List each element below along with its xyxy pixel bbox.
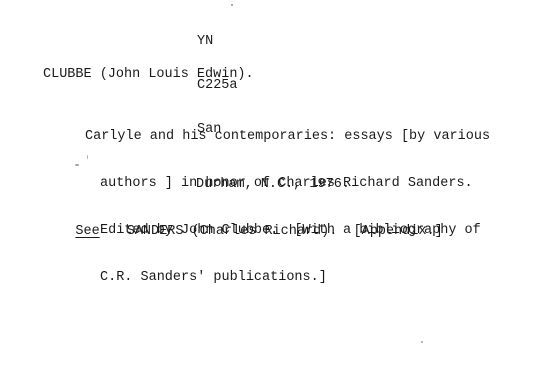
see-reference-line: SeeSANDERS (Charles Richard). [Appendix.…: [43, 209, 443, 254]
call-number-line: YN: [197, 35, 238, 50]
title-line: C.R. Sanders' publications.]: [85, 270, 490, 286]
imprint-line: Durham, N.C., 1976.: [196, 177, 350, 192]
see-label: See: [75, 224, 99, 239]
title-line: Carlyle and his contemporaries: essays […: [85, 129, 490, 145]
title-paragraph: Carlyle and his contemporaries: essays […: [85, 98, 490, 316]
scan-speck: [87, 155, 88, 159]
see-target: SANDERS (Charles Richard). [Appendix.]: [127, 224, 443, 239]
scan-speck: [75, 164, 79, 166]
scan-speck: [231, 4, 233, 6]
scan-speck: [421, 341, 423, 343]
catalog-card-scan: YN C225a San CLUBBE (John Louis Edwin). …: [0, 0, 550, 374]
author-heading: CLUBBE (John Louis Edwin).: [43, 67, 254, 82]
